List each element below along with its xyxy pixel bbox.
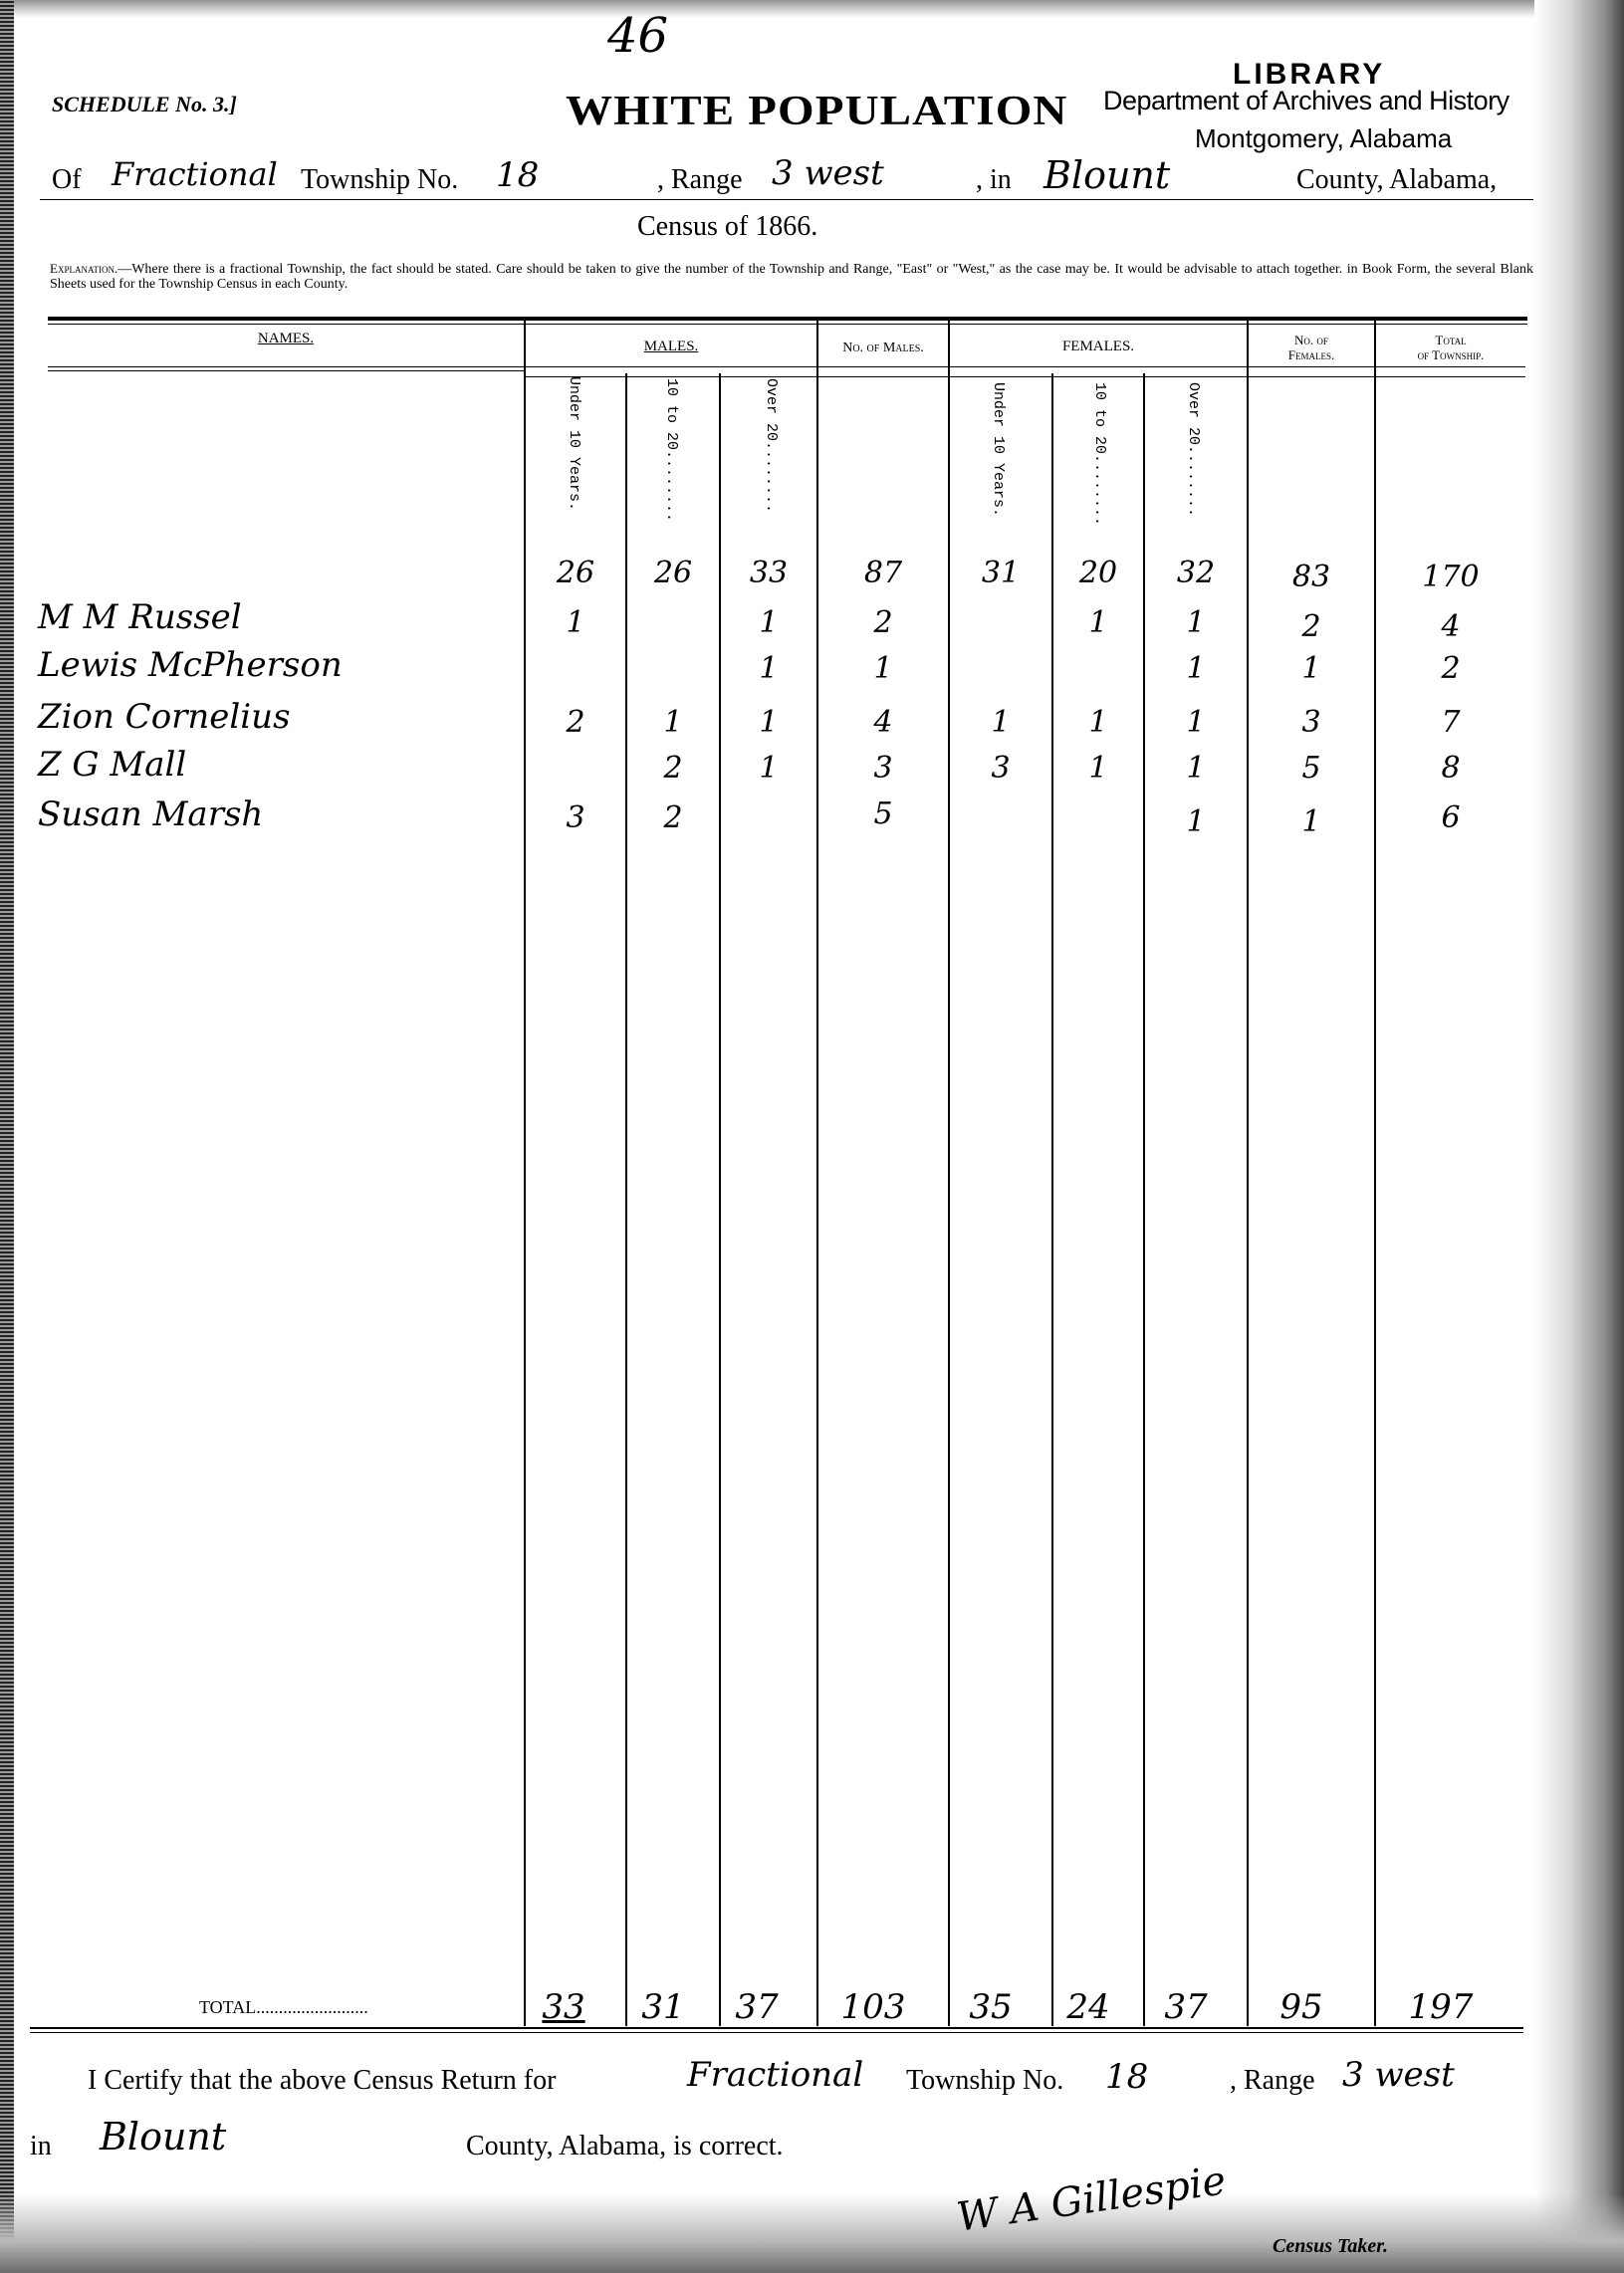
- explanation-label: Explanation.: [50, 261, 117, 276]
- certify-suffix: County, Alabama, is correct.: [466, 2131, 784, 2162]
- scan-edge-bottom: [0, 2193, 1624, 2273]
- subheader-males-over-20: Over 20........: [763, 378, 780, 513]
- person-name: Z G Mall: [38, 745, 186, 785]
- col-divider-m1: [625, 373, 627, 2026]
- header-total-of-township: Totalof Township.: [1376, 333, 1525, 362]
- table-top-rule-thin: [48, 324, 1527, 325]
- of-label: Of: [52, 164, 82, 196]
- names-header-rule-2: [48, 370, 524, 371]
- subheader-females-under-10: Under 10 Years.: [990, 382, 1007, 517]
- table-bottom-rule-thin: [30, 2032, 1523, 2033]
- person-name: M M Russel: [38, 597, 242, 637]
- certify-in-label: in: [30, 2131, 52, 2162]
- header-females: FEMALES.: [950, 339, 1247, 355]
- total-label: TOTAL.........................: [199, 1997, 368, 2018]
- page-title: WHITE POPULATION: [566, 88, 1067, 135]
- subheader-females-over-20: Over 20........: [1185, 382, 1202, 517]
- header-names: NAMES.: [48, 331, 524, 347]
- table-bottom-rule: [30, 2027, 1523, 2029]
- library-stamp-line2: Department of Archives and History: [1103, 86, 1509, 116]
- header-males: MALES.: [526, 339, 816, 355]
- explanation-body: —Where there is a fractional Township, t…: [50, 262, 1533, 292]
- in-label: , in: [976, 164, 1012, 196]
- header-no-of-females: No. ofFemales.: [1249, 333, 1374, 362]
- schedule-label: SCHEDULE No. 3.]: [52, 92, 237, 117]
- person-name: Lewis McPherson: [38, 645, 343, 685]
- person-name: Zion Cornelius: [38, 697, 291, 737]
- certify-prefix: I Certify that the above Census Return f…: [88, 2065, 556, 2097]
- table-top-rule: [48, 317, 1527, 321]
- person-name: Susan Marsh: [38, 795, 263, 834]
- subheader-females-10-to-20: 10 to 20........: [1091, 382, 1108, 526]
- scan-edge-right: [1534, 0, 1624, 2273]
- range-label: , Range: [657, 164, 743, 196]
- page-number: 46: [607, 8, 668, 64]
- county-name: Blount: [1044, 153, 1170, 197]
- explanation-text: Explanation.—Where there is a fractional…: [50, 261, 1533, 292]
- names-header-rule: [48, 366, 524, 367]
- subheader-males-10-to-20: 10 to 20........: [663, 378, 680, 522]
- heading-underline: [40, 199, 1533, 200]
- township-number: 18: [496, 155, 539, 195]
- census-year: Census of 1866.: [637, 211, 817, 243]
- certify-township-label: Township No.: [906, 2065, 1063, 2097]
- certify-range-value: 3 west: [1342, 2055, 1455, 2095]
- header-no-of-males: No. of Males.: [818, 341, 948, 356]
- range-value: 3 west: [772, 153, 884, 193]
- county-label: County, Alabama,: [1296, 164, 1497, 196]
- subheader-males-under-10: Under 10 Years.: [566, 376, 582, 511]
- scan-edge-top: [0, 0, 1624, 18]
- township-label: Township No.: [301, 164, 458, 196]
- township-type: Fractional: [112, 155, 278, 193]
- certify-county: Blount: [100, 2115, 226, 2159]
- census-taker-title: Census Taker.: [1273, 2235, 1388, 2258]
- library-stamp-line3: Montgomery, Alabama: [1195, 123, 1452, 154]
- scan-edge-left: [0, 0, 14, 2273]
- certify-township-number: 18: [1105, 2057, 1148, 2097]
- certify-range-label: , Range: [1230, 2065, 1315, 2097]
- certify-township-type: Fractional: [687, 2055, 863, 2095]
